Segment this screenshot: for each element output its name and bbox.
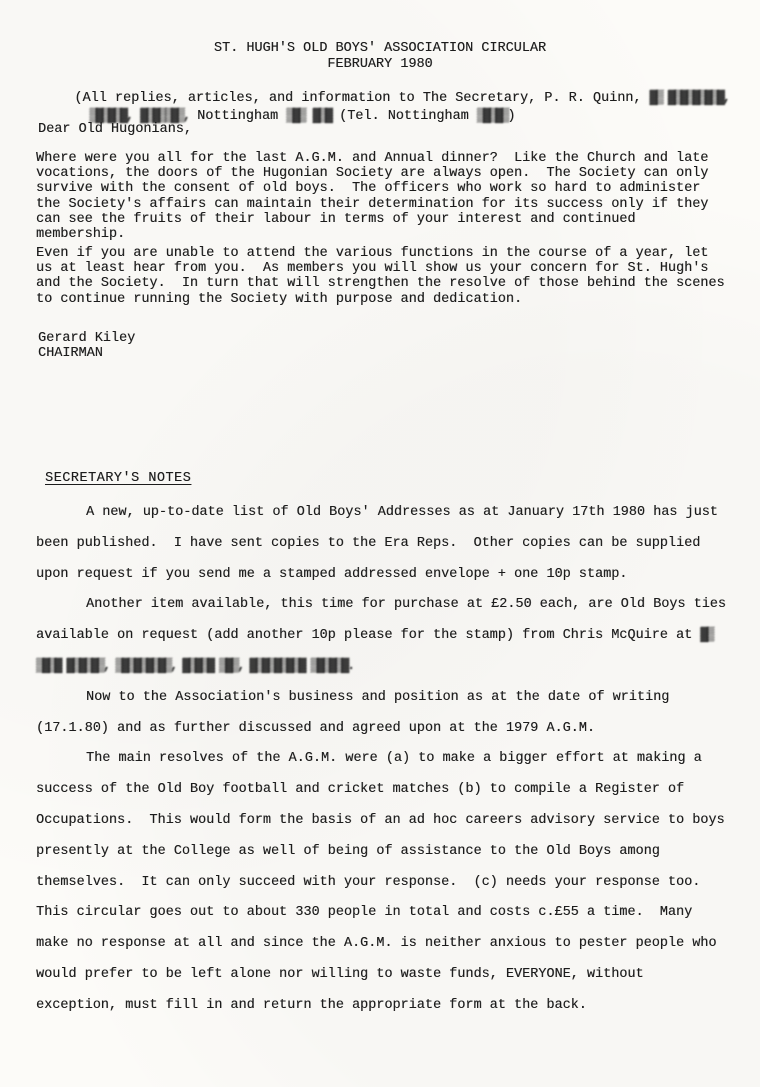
notes-paragraph: The main resolves of the A.G.M. were (a)… <box>36 744 732 1021</box>
notes-paragraph: A new, up-to-date list of Old Boys' Addr… <box>36 498 732 590</box>
notes-paragraph: Now to the Association's business and po… <box>36 683 732 745</box>
secretarys-notes-body: A new, up-to-date list of Old Boys' Addr… <box>36 498 732 1022</box>
letter-paragraph: Where were you all for the last A.G.M. a… <box>36 151 732 242</box>
letter-paragraph: Even if you are unable to attend the var… <box>36 246 732 307</box>
document-subtitle-date: FEBRUARY 1980 <box>0 57 760 72</box>
contact-line2-text: ) <box>507 109 515 124</box>
contact-line2-text: (Tel. Nottingham <box>331 109 477 124</box>
contact-line2-text: Nottingham <box>189 109 286 124</box>
notes-paragraph: Another item available, this time for pu… <box>36 590 732 682</box>
section-heading-secretarys-notes: SECRETARY'S NOTES <box>45 471 191 486</box>
redacted-address-part: ▓▒ ▓▒▓▒▓▒▓▒▓, <box>650 91 729 106</box>
letter-body: Even if you are unable to attend the var… <box>36 246 732 307</box>
redacted-phone-number: ▒▓▒▓▒ <box>477 109 508 124</box>
letter-body: Where were you all for the last A.G.M. a… <box>36 151 732 242</box>
redacted-postcode-part: ▓▒▓ <box>313 109 331 124</box>
signature-title: CHAIRMAN <box>38 346 103 361</box>
contact-line2-text <box>305 109 313 124</box>
notes-paragraph-text: Another item available, this time for pu… <box>36 597 734 643</box>
salutation: Dear Old Hugonians, <box>38 122 192 137</box>
document-title: ST. HUGH'S OLD BOYS' ASSOCIATION CIRCULA… <box>0 41 760 56</box>
scanned-letter-page: ST. HUGH'S OLD BOYS' ASSOCIATION CIRCULA… <box>0 0 760 1087</box>
redacted-postcode-part: ▒▓▒ <box>286 109 304 124</box>
signature-name: Gerard Kiley <box>38 331 135 346</box>
